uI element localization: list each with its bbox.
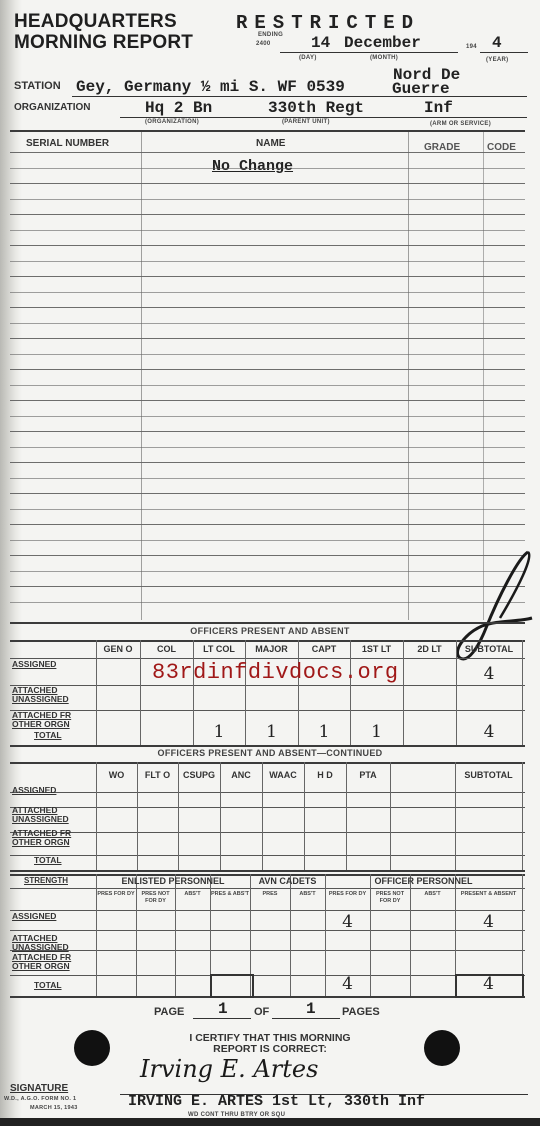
signature-label: SIGNATURE: [10, 1083, 68, 1094]
table-rule: [10, 870, 525, 872]
pages-label: PAGES: [342, 1006, 380, 1018]
continued-col-header: ANC: [220, 770, 262, 780]
ruled-line: [10, 509, 525, 510]
strength-group-header: OFFICER PERSONNEL: [325, 876, 522, 886]
form-ref-line1: W.D., A.G.O. FORM NO. 1: [4, 1096, 76, 1102]
officers-col-header: 1ST LT: [350, 644, 403, 654]
strength-group-header: AVN CADETS: [250, 876, 325, 886]
officers-continued-title: OFFICERS PRESENT AND ABSENT—CONTINUED: [0, 748, 540, 758]
certification-text: I CERTIFY THAT THIS MORNING REPORT IS CO…: [150, 1033, 390, 1055]
station-label: STATION: [14, 80, 61, 92]
officers-row-label: ATTACHED FR OTHER ORGN: [12, 711, 92, 729]
officers-col-header: LT COL: [193, 644, 245, 654]
ruled-line: [10, 462, 525, 463]
pages-total: 1: [306, 1000, 316, 1018]
total-box-enlisted: [210, 974, 254, 998]
table-rule: [10, 975, 525, 976]
ruled-line: [10, 416, 525, 417]
parent-caption: (PARENT UNIT): [282, 119, 330, 125]
parent-unit: 330th Regt: [268, 99, 364, 117]
ruled-line: [10, 261, 525, 262]
table-column-rule: [140, 640, 141, 745]
ruled-line: [10, 447, 525, 448]
strength-col-header: PRESENT & ABSENT: [455, 891, 522, 898]
form-ref-line2: MARCH 15, 1943: [30, 1105, 78, 1111]
table-rule: [10, 910, 525, 911]
total-box-officers: [455, 974, 524, 998]
ruled-line: [10, 292, 525, 293]
page-label: PAGE: [154, 1006, 184, 1018]
table-column-rule: [96, 640, 97, 745]
ruled-line: [10, 478, 525, 479]
officers-col-header: 2D LT: [403, 644, 456, 654]
year-caption: (YEAR): [486, 57, 508, 63]
title-headquarters: HEADQUARTERS: [14, 12, 177, 32]
year-prefix: 194: [466, 44, 477, 50]
officers-cell: 4: [456, 722, 522, 742]
officers-cell: 4: [456, 664, 522, 684]
strength-col-header: PRES FOR DY: [325, 891, 370, 898]
strength-row-label: ASSIGNED: [12, 912, 92, 921]
officers-row-label: ASSIGNED: [12, 660, 92, 669]
continued-row-label: TOTAL: [34, 856, 114, 865]
report-day: 14: [311, 34, 330, 52]
table-column-rule: [522, 640, 523, 745]
month-caption: (MONTH): [370, 55, 398, 61]
strength-col-header: PRES NOT FOR DY: [370, 891, 410, 905]
report-month: December: [344, 34, 421, 52]
continued-row-label: ASSIGNED: [12, 786, 92, 795]
morning-report-page: HEADQUARTERS MORNING REPORT RESTRICTED E…: [0, 0, 540, 1126]
strength-row-label: ATTACHED FR OTHER ORGN: [12, 953, 92, 971]
col-serial-number: SERIAL NUMBER: [26, 138, 109, 149]
table-column-rule: [522, 762, 523, 870]
table-rule: [10, 640, 525, 642]
report-year: 4: [492, 34, 502, 52]
arm-caption: (ARM OR SERVICE): [430, 121, 491, 127]
ruled-line: [10, 230, 525, 231]
continued-col-header: CSUPG: [178, 770, 220, 780]
station-value: Gey, Germany ½ mi S. WF 0539: [76, 78, 345, 96]
ruled-line: [10, 276, 525, 277]
strength-col-header: ABS'T: [175, 891, 210, 898]
ruled-line: [10, 199, 525, 200]
table-column-rule: [390, 762, 391, 870]
ruled-line: [10, 183, 525, 184]
ruled-line: [10, 168, 525, 169]
title-morning-report: MORNING REPORT: [14, 33, 193, 53]
ruled-line: [10, 493, 525, 494]
officers-col-header: COL: [140, 644, 193, 654]
continued-col-header: WAAC: [262, 770, 304, 780]
punch-hole-left: [74, 1030, 110, 1066]
arm-of-service: Inf: [424, 99, 453, 117]
ruled-line: [10, 307, 525, 308]
day-caption: (DAY): [299, 55, 317, 61]
strength-group-header: ENLISTED PERSONNEL: [96, 876, 250, 886]
ruled-line: [10, 540, 525, 541]
ruled-line: [10, 323, 525, 324]
officers-col-header: GEN O: [96, 644, 140, 654]
ruled-line: [10, 385, 525, 386]
ruled-line: [10, 524, 525, 525]
officers-col-header: CAPT: [298, 644, 350, 654]
officers-cell: 1: [298, 722, 350, 742]
table-rule: [10, 762, 525, 764]
officers-row-label: ATTACHED UNASSIGNED: [12, 686, 92, 704]
continued-col-header: PTA: [346, 770, 390, 780]
strength-col-header: PRES: [250, 891, 290, 898]
continued-col-header: SUBTOTAL: [455, 770, 522, 780]
strength-cell: 4: [325, 974, 370, 994]
col-name: NAME: [256, 138, 285, 149]
strength-col-header: ABS'T: [290, 891, 325, 898]
continued-col-header: H D: [304, 770, 346, 780]
page-number: 1: [218, 1000, 228, 1018]
punch-hole-right: [424, 1030, 460, 1066]
table-rule: [10, 658, 525, 659]
ruled-line: [10, 354, 525, 355]
table-rule: [10, 930, 525, 931]
map-sheet-line2: Guerre: [392, 80, 450, 98]
of-label: OF: [254, 1006, 269, 1018]
ruled-line: [10, 338, 525, 339]
continued-row-label: ATTACHED FR OTHER ORGN: [12, 829, 92, 847]
officers-cell: 1: [245, 722, 298, 742]
ruled-line: [10, 245, 525, 246]
ruled-line: [10, 369, 525, 370]
ending-label: ENDING: [258, 32, 283, 38]
strength-row-label: TOTAL: [34, 981, 114, 990]
entry-remark: No Change: [212, 158, 293, 175]
ruled-line: [10, 431, 525, 432]
officers-col-header: SUBTOTAL: [456, 644, 522, 654]
watermark: 83rdinfdivdocs.org: [152, 660, 399, 685]
ending-time: 2400: [256, 41, 271, 47]
ruled-line: [10, 214, 525, 215]
bottom-edge: [0, 1118, 540, 1126]
strength-title: STRENGTH: [24, 876, 68, 885]
officers-row-label: TOTAL: [34, 731, 114, 740]
ruled-line: [10, 152, 525, 153]
strength-row-label: ATTACHED UNASSIGNED: [12, 934, 92, 952]
strength-col-header: PRES FOR DY: [96, 891, 136, 898]
ruled-line: [10, 400, 525, 401]
classification-stamp: RESTRICTED: [236, 12, 420, 34]
signer-typed-name: IRVING E. ARTES 1st Lt, 330th Inf: [128, 1093, 425, 1110]
continued-row-label: ATTACHED UNASSIGNED: [12, 806, 92, 824]
unit-caption: (ORGANIZATION): [145, 119, 199, 125]
strength-col-header: ABS'T: [410, 891, 455, 898]
officers-cell: 1: [193, 722, 245, 742]
table-rule: [10, 745, 525, 747]
organization-unit: Hq 2 Bn: [145, 99, 212, 117]
table-rule: [10, 888, 525, 889]
organization-label: ORGANIZATION: [14, 102, 90, 113]
officers-table-title: OFFICERS PRESENT AND ABSENT: [0, 626, 540, 636]
continued-col-header: WO: [96, 770, 137, 780]
table-rule: [10, 996, 525, 998]
signature-script: Irving E. Artes: [140, 1055, 318, 1083]
continued-col-header: FLT O: [137, 770, 178, 780]
officers-cell: 1: [350, 722, 403, 742]
strength-col-header: PRES & ABS'T: [210, 891, 250, 898]
strength-col-header: PRES NOT FOR DY: [136, 891, 175, 905]
certify-line-2: REPORT IS CORRECT:: [150, 1044, 390, 1055]
officers-col-header: MAJOR: [245, 644, 298, 654]
strength-cell: 4: [455, 912, 522, 932]
table-column-rule: [403, 640, 404, 745]
strength-cell: 4: [325, 912, 370, 932]
